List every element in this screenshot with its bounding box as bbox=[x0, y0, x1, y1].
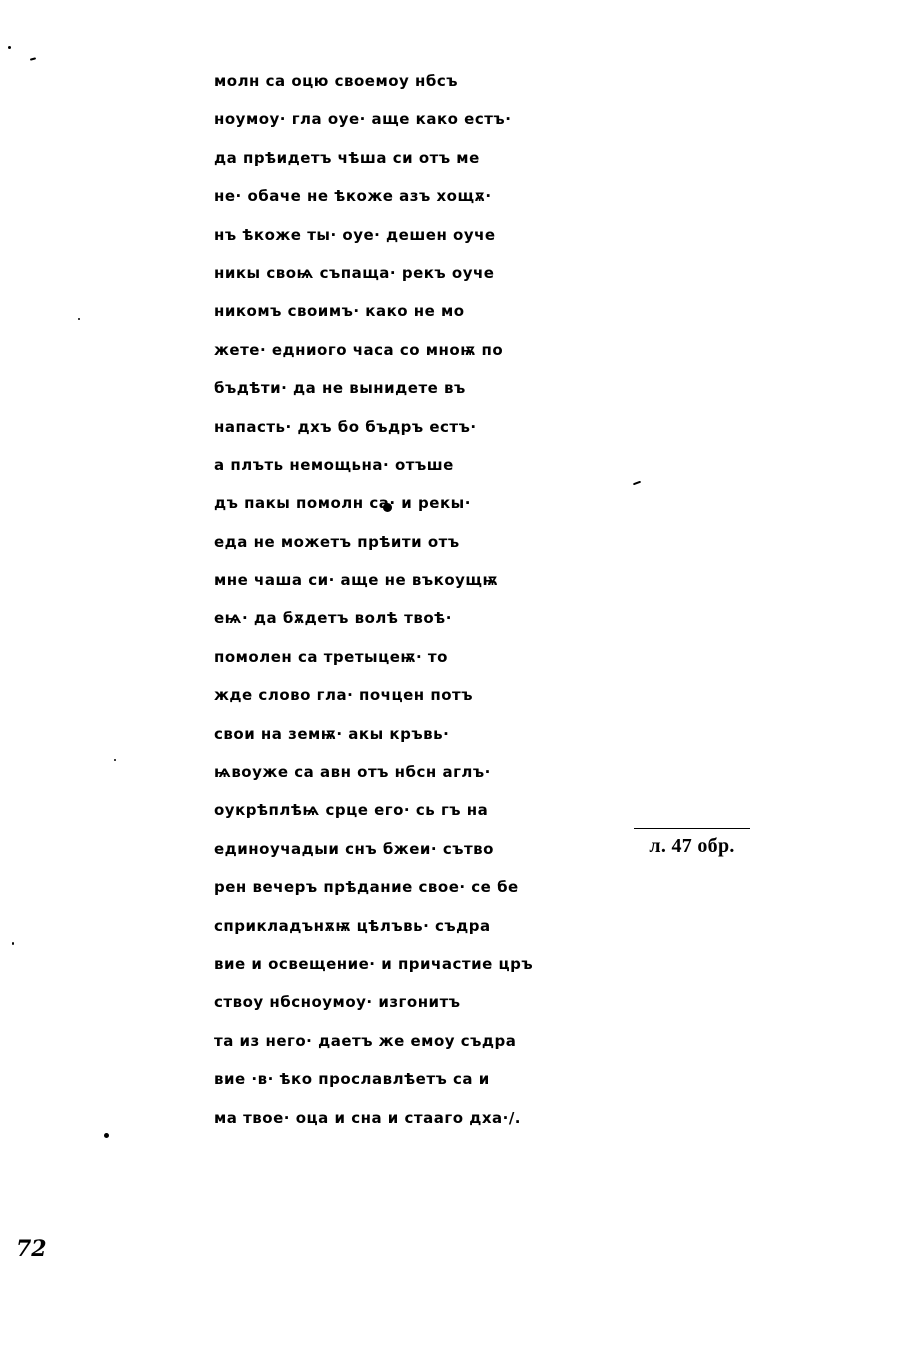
text-line: ноумоу· гла оуе· аще како естъ· bbox=[214, 100, 634, 138]
text-line: вие ·в· ѣко прославлѣетъ са и bbox=[214, 1060, 634, 1098]
text-line: да прѣидетъ чѣша си отъ ме bbox=[214, 139, 634, 177]
text-line: рен вечеръ прѣдание свое· се бе bbox=[214, 868, 634, 906]
text-line: та из него· даетъ же емоу съдра bbox=[214, 1022, 634, 1060]
scan-speck bbox=[30, 57, 36, 60]
text-line: помолен са третыцеѭ· то bbox=[214, 638, 634, 676]
text-line: бъдѣти· да не вынидете въ bbox=[214, 369, 634, 407]
text-line: напасть· дхъ бо бъдръ естъ· bbox=[214, 408, 634, 446]
scan-speck bbox=[78, 318, 80, 320]
text-line: никы своѩ съпаща· рекъ оуче bbox=[214, 254, 634, 292]
text-line: не· обаче не ѣкоже азъ хощѫ· bbox=[214, 177, 634, 215]
scan-speck bbox=[383, 503, 392, 512]
text-line: ѩвоуже са авн отъ нбсн аглъ· bbox=[214, 753, 634, 791]
scanned-page: молн са оцю своемоу нбсъ ноумоу· гла оуе… bbox=[0, 0, 900, 1371]
text-line: ма твое· оца и сна и стааго дха·/. bbox=[214, 1099, 634, 1137]
text-line: оукрѣплѣѩ срце его· сь гъ на bbox=[214, 791, 634, 829]
text-line: ствоу нбсноумоу· изгонитъ bbox=[214, 983, 634, 1021]
scan-speck bbox=[114, 759, 116, 761]
slavonic-text-block: молн са оцю своемоу нбсъ ноумоу· гла оуе… bbox=[214, 62, 634, 1137]
scan-speck bbox=[12, 942, 14, 945]
text-line: мне чаша си· аще не въкоущѭ bbox=[214, 561, 634, 599]
text-line: нъ ѣкоже ты· оуе· дешен оуче bbox=[214, 216, 634, 254]
scan-speck bbox=[633, 481, 641, 486]
text-line: единоучадыи снъ бжеи· сътво bbox=[214, 830, 634, 868]
text-line: жде слово гла· почцен потъ bbox=[214, 676, 634, 714]
text-line: вие и освещение· и причастие цръ bbox=[214, 945, 634, 983]
page-number: 72 bbox=[16, 1236, 47, 1262]
scan-speck bbox=[104, 1133, 109, 1138]
text-line: молн са оцю своемоу нбсъ bbox=[214, 62, 634, 100]
text-line: никомъ своимъ· како не мо bbox=[214, 292, 634, 330]
text-line: жете· едниого часа со мноѭ по bbox=[214, 331, 634, 369]
folio-rule-divider bbox=[634, 828, 750, 829]
text-line: а плъть немощьна· отъше bbox=[214, 446, 634, 484]
text-line: сприкладънѫѭ цѣлъвь· съдра bbox=[214, 907, 634, 945]
text-line: еда не можетъ прѣити отъ bbox=[214, 523, 634, 561]
text-line: дъ пакы помолн са· и рекы· bbox=[214, 484, 634, 522]
scan-speck bbox=[8, 46, 11, 49]
folio-label: л. 47 обр. bbox=[634, 835, 750, 858]
text-line: свои на земѭ· акы кръвь· bbox=[214, 715, 634, 753]
folio-marker: л. 47 обр. bbox=[634, 828, 750, 858]
text-line: еѩ· да бѫдетъ волѣ твоѣ· bbox=[214, 599, 634, 637]
